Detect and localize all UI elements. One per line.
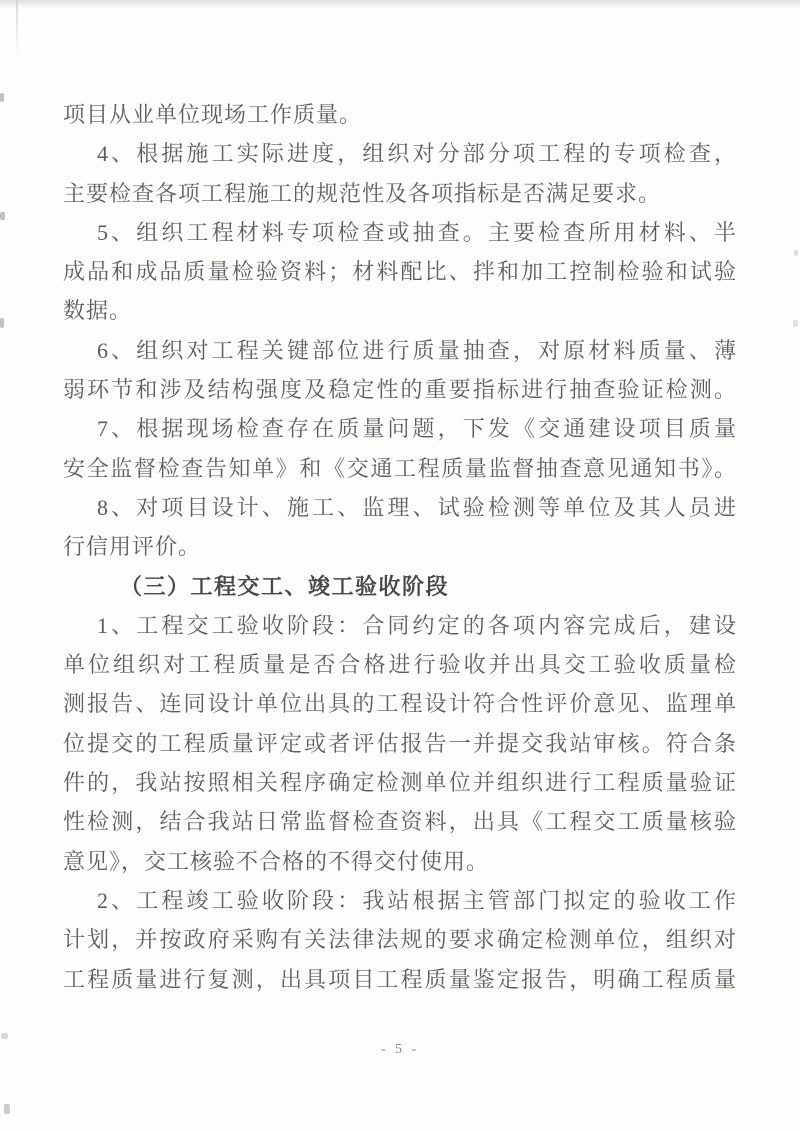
text-line: 数据。 [63, 291, 737, 330]
text-line: 性检测，结合我站日常监督检查资料，出具《工程交工质量核验 [63, 802, 737, 841]
scan-artifact [794, 250, 798, 256]
text-line: 5、组织工程材料专项检查或抽查。主要检查所用材料、半 [63, 213, 737, 252]
text-line: 件的，我站按照相关程序确定检测单位并组织进行工程质量验证 [63, 763, 737, 802]
text-line: 项目从业单位现场工作质量。 [63, 95, 737, 134]
page-number: - 5 - [0, 1042, 800, 1058]
text-line: 成品和成品质量检验资料；材料配比、拌和加工控制检验和试验 [63, 252, 737, 291]
text-line: 单位组织对工程质量是否合格进行验收并出具交工验收质量检 [63, 645, 737, 684]
text-line: 计划，并按政府采购有关法律法规的要求确定检测单位，组织对 [63, 920, 737, 959]
text-line: 4、根据施工实际进度，组织对分部分项工程的专项检查， [63, 134, 737, 173]
text-block: 项目从业单位现场工作质量。4、根据施工实际进度，组织对分部分项工程的专项检查，主… [63, 95, 737, 999]
text-line: 弱环节和涉及结构强度及稳定性的重要指标进行抽查验证检测。 [63, 370, 737, 409]
scan-artifact [0, 318, 4, 328]
scan-artifact [4, 1104, 10, 1114]
text-line: 测报告、连同设计单位出具的工程设计符合性评价意见、监理单 [63, 684, 737, 723]
section-heading: （三）工程交工、竣工验收阶段 [63, 567, 737, 606]
text-line: 位提交的工程质量评定或者评估报告一并提交我站审核。符合条 [63, 724, 737, 763]
text-line: 6、组织对工程关键部位进行质量抽查，对原材料质量、薄 [63, 331, 737, 370]
text-line: 行信用评价。 [63, 527, 737, 566]
scan-artifact-line [16, 0, 18, 58]
text-line: 8、对项目设计、施工、监理、试验检测等单位及其人员进 [63, 488, 737, 527]
scan-artifact [793, 320, 798, 327]
text-line: 工程质量进行复测，出具项目工程质量鉴定报告，明确工程质量 [63, 960, 737, 999]
document-page: 项目从业单位现场工作质量。4、根据施工实际进度，组织对分部分项工程的专项检查，主… [0, 0, 800, 1131]
scan-artifact [0, 212, 5, 220]
scan-artifact [0, 93, 4, 102]
text-line: 7、根据现场检查存在质量问题，下发《交通建设项目质量 [63, 409, 737, 448]
text-line: 意见》，交工核验不合格的不得交付使用。 [63, 842, 737, 881]
text-line: 安全监督检查告知单》和《交通工程质量监督抽查意见通知书》。 [63, 449, 737, 488]
text-line: 2、工程竣工验收阶段：我站根据主管部门拟定的验收工作 [63, 881, 737, 920]
scan-artifact [1, 1033, 8, 1039]
text-line: 1、工程交工验收阶段：合同约定的各项内容完成后，建设 [63, 606, 737, 645]
text-line: 主要检查各项工程施工的规范性及各项指标是否满足要求。 [63, 174, 737, 213]
scan-edge-shadow [0, 0, 800, 9]
